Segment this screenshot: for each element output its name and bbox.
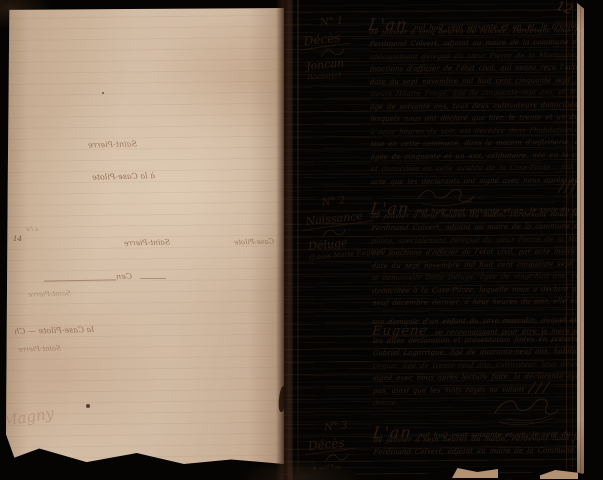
act-category: Naissance	[305, 210, 363, 229]
act-body-text: de janvier à neuf heures du matin, Parde…	[370, 209, 593, 311]
bleedthrough-text: Saint-Pierre	[28, 289, 71, 298]
manuscript-line: Ferdinand Colvert, adjoint au maire de l…	[373, 446, 596, 461]
page-edge-sliver	[585, 452, 591, 466]
hash-strokes	[524, 379, 554, 395]
act-entry-2: N° 2 Naissance Déluge (Louis Marie Eugèn…	[370, 197, 596, 412]
act-category: Décès	[303, 31, 341, 49]
bleedthrough-text: Saint-Pierre	[88, 139, 137, 149]
bleedthrough-text: Saint-Pierre	[124, 237, 170, 247]
folio-number-left: 14	[13, 235, 22, 243]
bleedthrough-text: à la Case-Pilote	[92, 171, 155, 182]
paper-crease	[297, 0, 299, 480]
left-page: Saint-Pierre à la Case-Pilote Case-Pilot…	[6, 8, 284, 464]
act-category: Décès	[307, 436, 345, 454]
act-given-name: (Georges)	[311, 472, 385, 480]
ink-spot	[86, 404, 90, 408]
fore-edge-pages	[577, 0, 599, 478]
bleedthrough-ruling	[6, 8, 284, 464]
bleedthrough-line	[140, 278, 166, 279]
bleedthrough-text: Case-Pilote	[234, 237, 274, 246]
bleedthrough-text: Cen	[116, 272, 132, 281]
ink-spot	[102, 92, 104, 94]
act-body-text: de janvier à cinq heures de relevée, Par…	[368, 25, 592, 190]
act-entry-3: N° 3 Décès Azéla (Georges) L'anmil huit …	[372, 421, 596, 461]
register-scan-photo: Saint-Pierre à la Case-Pilote Case-Pilot…	[0, 0, 603, 480]
act-entry-1: N° 1 Décès Joncan (Victorin) L'anmil hui…	[368, 13, 594, 190]
bleedthrough-text: Saint-Pierre	[18, 344, 61, 353]
hash-strokes	[554, 177, 580, 195]
bleedthrough-text: a l'é	[26, 226, 39, 233]
right-page: 12 N° 1 Décès Joncan (Victorin) L'anmil …	[284, 0, 584, 480]
torn-page-edge	[540, 470, 578, 479]
act-body-text: de janvier à sept heures du matin, Parde…	[373, 433, 595, 460]
